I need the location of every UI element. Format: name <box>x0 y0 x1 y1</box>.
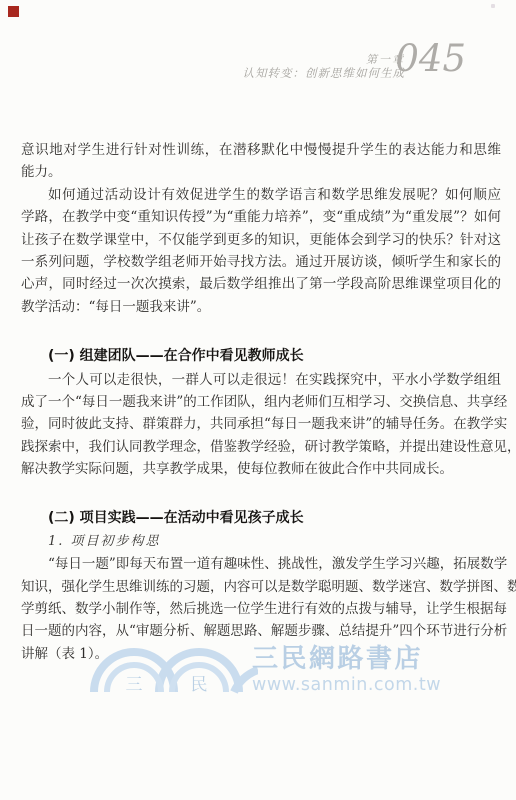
text-line: 知识，强化学生思维训练的习题，内容可以是数学聪明题、数学迷宫、数学拼图、数 <box>21 576 501 598</box>
text-line: 一个人可以走很快，一群人可以走很远！在实践探究中，平水小学数学组组 <box>21 369 501 391</box>
book-page: 第一章 认知转变：创新思维如何生成 045 意识地对学生进行针对性训练，在潜移默… <box>0 0 516 800</box>
text-line: 意识地对学生进行针对性训练，在潜移默化中慢慢提升学生的表达能力和思维 <box>21 139 501 161</box>
text-line: 验，同时彼此支持、群策群力，共同承担“每日一题我来讲”的辅导任务。在教学实 <box>21 413 501 435</box>
text-line: 践探索中，我们认同教学理念，借鉴教学经验，研讨教学策略，并提出建设性意见， <box>21 436 501 458</box>
text-line: 一系列问题，学校数学组老师开始寻找方法。通过开展访谈，倾听学生和家长的 <box>21 251 501 273</box>
text-line: 教学活动：“每日一题我来讲”。 <box>21 296 501 318</box>
text-line: 如何通过活动设计有效促进学生的数学语言和数学思维发展呢？如何顺应 <box>21 184 501 206</box>
red-corner-marker <box>8 6 19 17</box>
text-line: 学剪纸、数学小制作等，然后挑选一位学生进行有效的点拨与辅导，让学生根据每 <box>21 598 501 620</box>
text-line: 日一题的内容，从“审题分析、解题思路、解题步骤、总结提升”四个环节进行分析 <box>21 620 501 642</box>
section-heading: (二) 项目实践——在活动中看见孩子成长 <box>21 507 501 529</box>
scan-artifact-dot <box>491 4 495 8</box>
text-line: 成了一个“每日一题我来讲”的工作团队，组内老师们互相学习、交换信息、共享经 <box>21 391 501 413</box>
watermark-url: www.sanmin.com.tw <box>252 675 441 695</box>
text-line: 学路，在教学中变“重知识传授”为“重能力培养”，变“重成绩”为“重发展”？如何 <box>21 206 501 228</box>
page-text-block: 意识地对学生进行针对性训练，在潜移默化中慢慢提升学生的表达能力和思维能力。如何通… <box>21 139 501 665</box>
text-line: “每日一题”即每天布置一道有趣味性、挑战性，激发学生学习兴趣，拓展数学 <box>21 553 501 575</box>
text-line: 讲解（表 1）。 <box>21 643 501 665</box>
text-line: 能力。 <box>21 161 501 183</box>
section-heading: (一) 组建团队——在合作中看见教师成长 <box>21 345 501 367</box>
watermark-logo-char-1: 三 <box>126 675 143 694</box>
text-line: 让孩子在数学课堂中，不仅能学到更多的知识，更能体会到学习的快乐？针对这 <box>21 229 501 251</box>
chapter-subtitle: 认知转变：创新思维如何生成 <box>243 65 406 81</box>
watermark-logo-char-2: 民 <box>191 675 208 694</box>
text-line: 心声，同时经过一次次摸索，最后数学组推出了第一学段高阶思维课堂项目化的 <box>21 273 501 295</box>
text-line: 解决教学实际问题，共享教学成果，使每位教师在彼此合作中共同成长。 <box>21 458 501 480</box>
page-number: 045 <box>395 38 466 80</box>
sub-heading: 1. 项目初步构思 <box>21 531 501 553</box>
